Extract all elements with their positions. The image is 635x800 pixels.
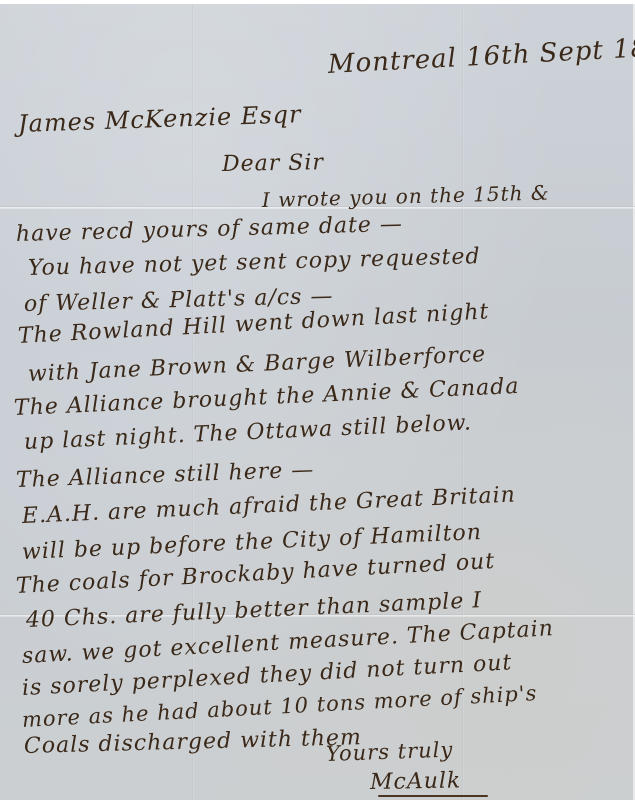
signature: McAulk [370,768,462,795]
closing: Yours truly [326,738,454,766]
fold-line-vertical-right [462,4,464,800]
salutation: Dear Sir [222,150,324,177]
signature-underline [378,795,488,797]
